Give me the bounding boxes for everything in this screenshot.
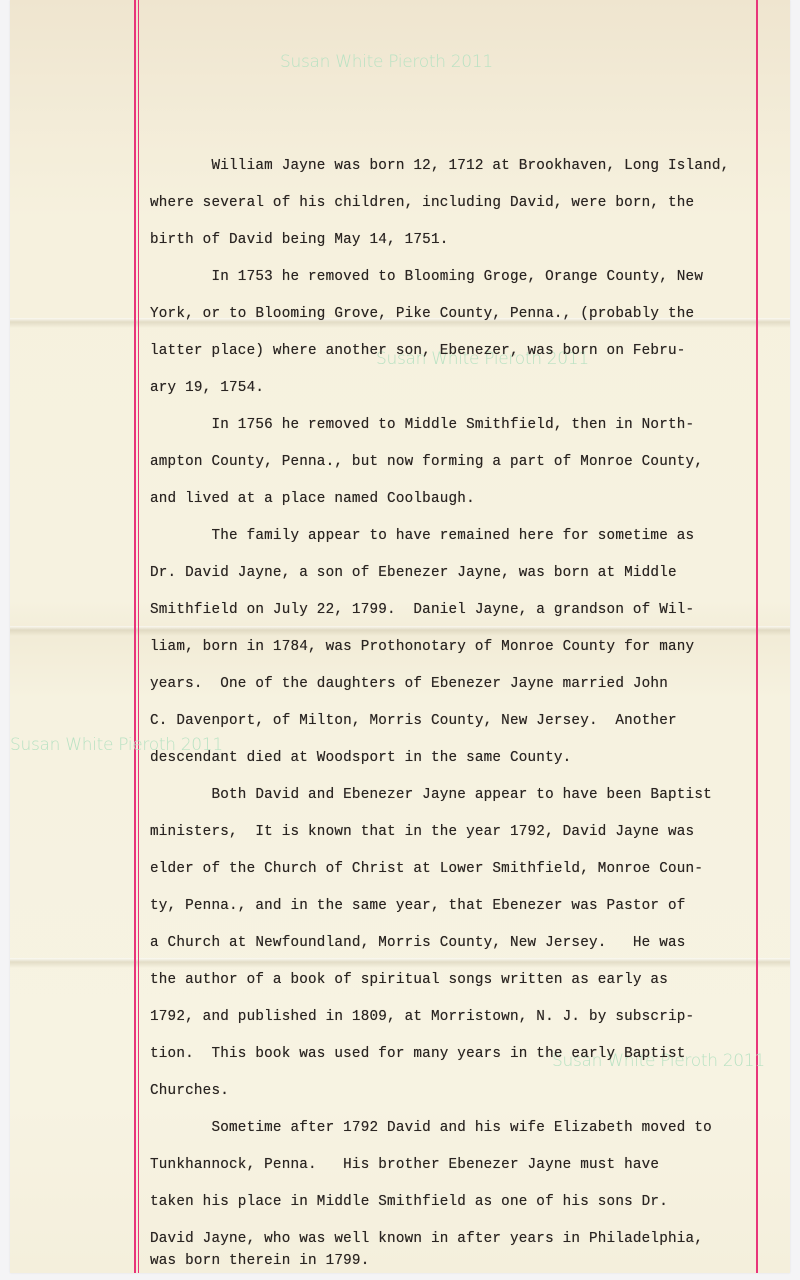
left-margin-line [134, 0, 136, 1273]
text-line: the author of a book of spiritual songs … [150, 972, 668, 988]
text-line: was born therein in 1799. [150, 1253, 370, 1269]
text-line: years. One of the daughters of Ebenezer … [150, 676, 668, 692]
text-line: descendant died at Woodsport in the same… [150, 750, 571, 766]
text-line: In 1753 he removed to Blooming Groge, Or… [150, 269, 703, 285]
text-line: David Jayne, who was well known in after… [150, 1231, 703, 1247]
text-line: ary 19, 1754. [150, 380, 264, 396]
text-line: Both David and Ebenezer Jayne appear to … [150, 787, 712, 803]
text-line: liam, born in 1784, was Prothonotary of … [150, 639, 694, 655]
text-line: ty, Penna., and in the same year, that E… [150, 898, 686, 914]
text-line: Tunkhannock, Penna. His brother Ebenezer… [150, 1157, 659, 1173]
text-line: ampton County, Penna., but now forming a… [150, 454, 703, 470]
text-line: Dr. David Jayne, a son of Ebenezer Jayne… [150, 565, 677, 581]
text-line: 1792, and published in 1809, at Morristo… [150, 1009, 694, 1025]
text-line: Churches. [150, 1083, 229, 1099]
right-margin-line [756, 0, 758, 1273]
left-margin-line-inner [138, 0, 140, 1273]
text-line: a Church at Newfoundland, Morris County,… [150, 935, 686, 951]
text-line: C. Davenport, of Milton, Morris County, … [150, 713, 677, 729]
text-line: Sometime after 1792 David and his wife E… [150, 1120, 712, 1136]
text-line: and lived at a place named Coolbaugh. [150, 491, 475, 507]
text-line: In 1756 he removed to Middle Smithfield,… [150, 417, 694, 433]
text-line: ministers, It is known that in the year … [150, 824, 694, 840]
text-line: The family appear to have remained here … [150, 528, 694, 544]
text-line: taken his place in Middle Smithfield as … [150, 1194, 668, 1210]
paper-fold-crease [10, 958, 790, 968]
text-line: elder of the Church of Christ at Lower S… [150, 861, 703, 877]
watermark: Susan White Pieroth 2011 [280, 52, 493, 72]
document-page [10, 0, 790, 1273]
text-line: York, or to Blooming Grove, Pike County,… [150, 306, 694, 322]
paper-fold-crease [10, 626, 790, 636]
text-line: Smithfield on July 22, 1799. Daniel Jayn… [150, 602, 694, 618]
text-line: where several of his children, including… [150, 195, 694, 211]
text-line: tion. This book was used for many years … [150, 1046, 686, 1062]
text-line: birth of David being May 14, 1751. [150, 232, 449, 248]
text-line: William Jayne was born 12, 1712 at Brook… [150, 158, 729, 174]
text-line: latter place) where another son, Ebeneze… [150, 343, 686, 359]
